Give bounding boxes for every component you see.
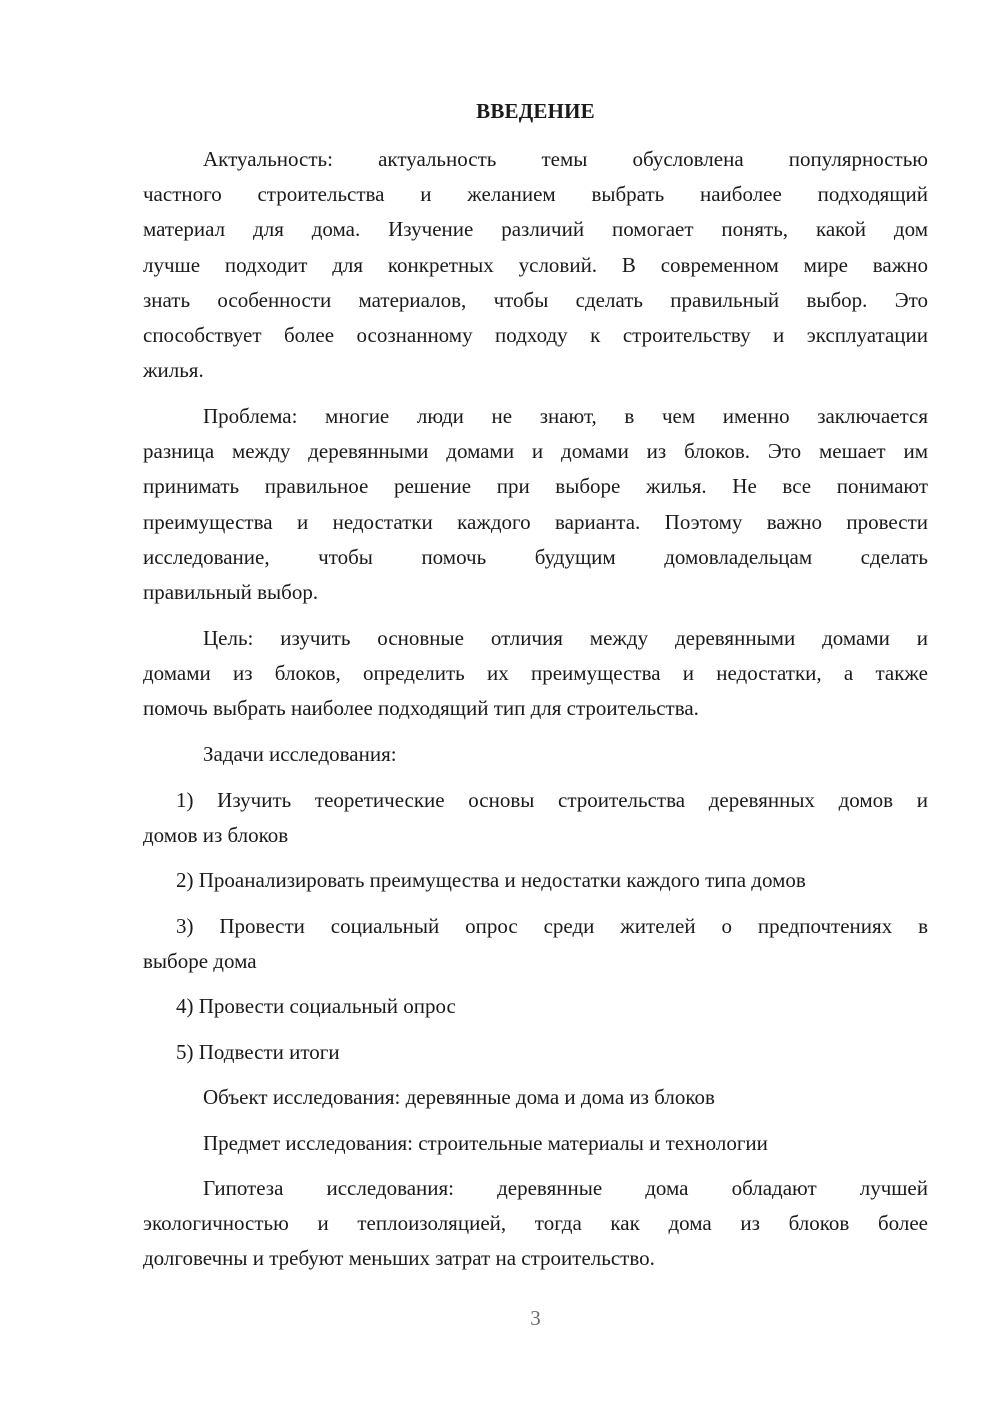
- text-line: экологичностью и теплоизоляцией, тогда к…: [143, 1206, 928, 1241]
- text-line: Актуальность: актуальность темы обусловл…: [143, 142, 928, 177]
- text-line: домов из блоков: [143, 818, 928, 853]
- text-line: 3) Провести социальный опрос среди жител…: [143, 909, 928, 944]
- text-line: выборе дома: [143, 944, 928, 979]
- text-line: частного строительства и желанием выбрат…: [143, 177, 928, 212]
- text-line: жилья.: [143, 353, 928, 388]
- text-line: преимущества и недостатки каждого вариан…: [143, 505, 928, 540]
- text-line: Объект исследования: деревянные дома и д…: [143, 1080, 928, 1115]
- text-line: Проблема: многие люди не знают, в чем им…: [143, 399, 928, 434]
- task-item-2: 2) Проанализировать преимущества и недос…: [143, 863, 928, 898]
- goal-paragraph: Цель: изучить основные отличия между дер…: [143, 621, 928, 727]
- page-title: ВВЕДЕНИЕ: [143, 96, 928, 126]
- text-line: принимать правильное решение при выборе …: [143, 469, 928, 504]
- text-line: Цель: изучить основные отличия между дер…: [143, 621, 928, 656]
- page-number: 3: [143, 1306, 928, 1331]
- text-line: Гипотеза исследования: деревянные дома о…: [143, 1171, 928, 1206]
- text-line: материал для дома. Изучение различий пом…: [143, 212, 928, 247]
- text-line: 1) Изучить теоретические основы строител…: [143, 783, 928, 818]
- text-line: способствует более осознанному подходу к…: [143, 318, 928, 353]
- problem-paragraph: Проблема: многие люди не знают, в чем им…: [143, 399, 928, 610]
- text-line: Задачи исследования:: [143, 737, 928, 772]
- task-item-3: 3) Провести социальный опрос среди жител…: [143, 909, 928, 979]
- text-line: 5) Подвести итоги: [143, 1035, 928, 1070]
- task-item-5: 5) Подвести итоги: [143, 1035, 928, 1070]
- hypothesis-paragraph: Гипотеза исследования: деревянные дома о…: [143, 1171, 928, 1277]
- task-item-4: 4) Провести социальный опрос: [143, 989, 928, 1024]
- text-line: разница между деревянными домами и домам…: [143, 434, 928, 469]
- text-line: правильный выбор.: [143, 575, 928, 610]
- text-line: Предмет исследования: строительные матер…: [143, 1126, 928, 1161]
- text-line: 4) Провести социальный опрос: [143, 989, 928, 1024]
- text-line: 2) Проанализировать преимущества и недос…: [143, 863, 928, 898]
- subject-paragraph: Предмет исследования: строительные матер…: [143, 1126, 928, 1161]
- task-item-1: 1) Изучить теоретические основы строител…: [143, 783, 928, 853]
- text-line: помочь выбрать наиболее подходящий тип д…: [143, 691, 928, 726]
- text-line: лучше подходит для конкретных условий. В…: [143, 248, 928, 283]
- relevance-paragraph: Актуальность: актуальность темы обусловл…: [143, 142, 928, 388]
- tasks-heading: Задачи исследования:: [143, 737, 928, 772]
- text-line: знать особенности материалов, чтобы сдел…: [143, 283, 928, 318]
- text-line: исследование, чтобы помочь будущим домов…: [143, 540, 928, 575]
- text-line: домами из блоков, определить их преимуще…: [143, 656, 928, 691]
- object-paragraph: Объект исследования: деревянные дома и д…: [143, 1080, 928, 1115]
- text-line: долговечны и требуют меньших затрат на с…: [143, 1241, 928, 1276]
